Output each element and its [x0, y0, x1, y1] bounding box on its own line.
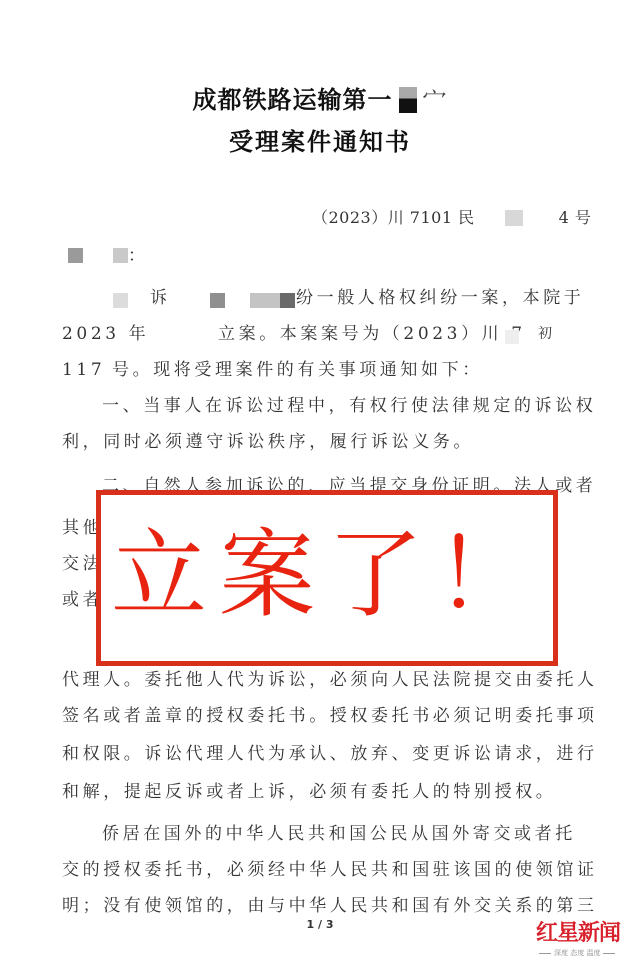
case-filed-banner: 立案了！	[96, 490, 558, 666]
news-watermark-logo: 红星新闻 深度 态度 温度	[536, 916, 636, 958]
brand-name: 红星新闻	[536, 916, 636, 947]
redaction-block	[113, 293, 128, 308]
court-name-tail: 宀	[423, 86, 448, 114]
case-number-suffix: 4 号	[559, 208, 592, 227]
body-line-12: 和权限。诉讼代理人代为承认、放弃、变更诉讼请求，进行	[62, 742, 572, 766]
case-filed-text: 立案了！	[111, 527, 543, 623]
notice-title: 受理案件通知书	[0, 122, 640, 157]
redaction-block	[505, 330, 519, 344]
body-line-5: 利，同时必须遵守诉讼秩序，履行诉讼义务。	[62, 430, 572, 454]
body-line-3-end: 号。现将受理案件的有关事项通知如下：	[112, 358, 572, 382]
case-number-prefix: （2023）川 7101 民	[312, 208, 475, 227]
body-line-10: 代理人。委托他人代为诉讼，必须向人民法院提交由委托人	[62, 668, 572, 692]
body-line-16: 明；没有使领馆的，由与中华人民共和国有外交关系的第三	[62, 894, 572, 918]
redaction-block	[505, 210, 523, 226]
case-number: （2023）川 7101 民4 号	[312, 205, 591, 228]
document-page: 成都铁路运输第一宀 受理案件通知书 （2023）川 7101 民4 号 ： 诉 …	[0, 0, 640, 969]
addressee-redaction	[68, 248, 83, 263]
body-line-14: 侨居在国外的中华人民共和国公民从国外寄交或者托	[102, 822, 572, 846]
body-line-3-start: 117	[62, 358, 102, 382]
redaction-block	[210, 293, 225, 308]
redaction-block	[250, 293, 280, 308]
court-name-text: 成都铁路运输第一	[193, 85, 393, 114]
brand-tagline: 深度 态度 温度	[536, 948, 636, 958]
body-line-11: 签名或者盖章的授权委托书。授权委托书必须记明委托事项	[62, 704, 572, 728]
body-line-15: 交的授权委托书，必须经中华人民共和国驻该国的使领馆证	[62, 858, 572, 882]
body-line-13: 和解，提起反诉或者上诉，必须有委托人的特别授权。	[62, 780, 572, 804]
body-line-1-end: 纷一般人格权纠纷一案，本院于	[296, 286, 576, 310]
addressee-colon: ：	[128, 244, 638, 268]
court-name-title: 成都铁路运输第一宀	[0, 80, 640, 115]
body-line-4: 一、当事人在诉讼过程中，有权行使法律规定的诉讼权	[102, 394, 572, 418]
redaction-block	[280, 293, 295, 308]
body-line-2-mid: 立案。本案案号为（2023）川 7	[218, 322, 518, 346]
addressee-redaction	[113, 248, 128, 263]
body-line-2-start: 2023 年	[62, 322, 142, 346]
body-line-2-tail: 初	[538, 322, 568, 346]
redaction-block	[399, 87, 417, 113]
